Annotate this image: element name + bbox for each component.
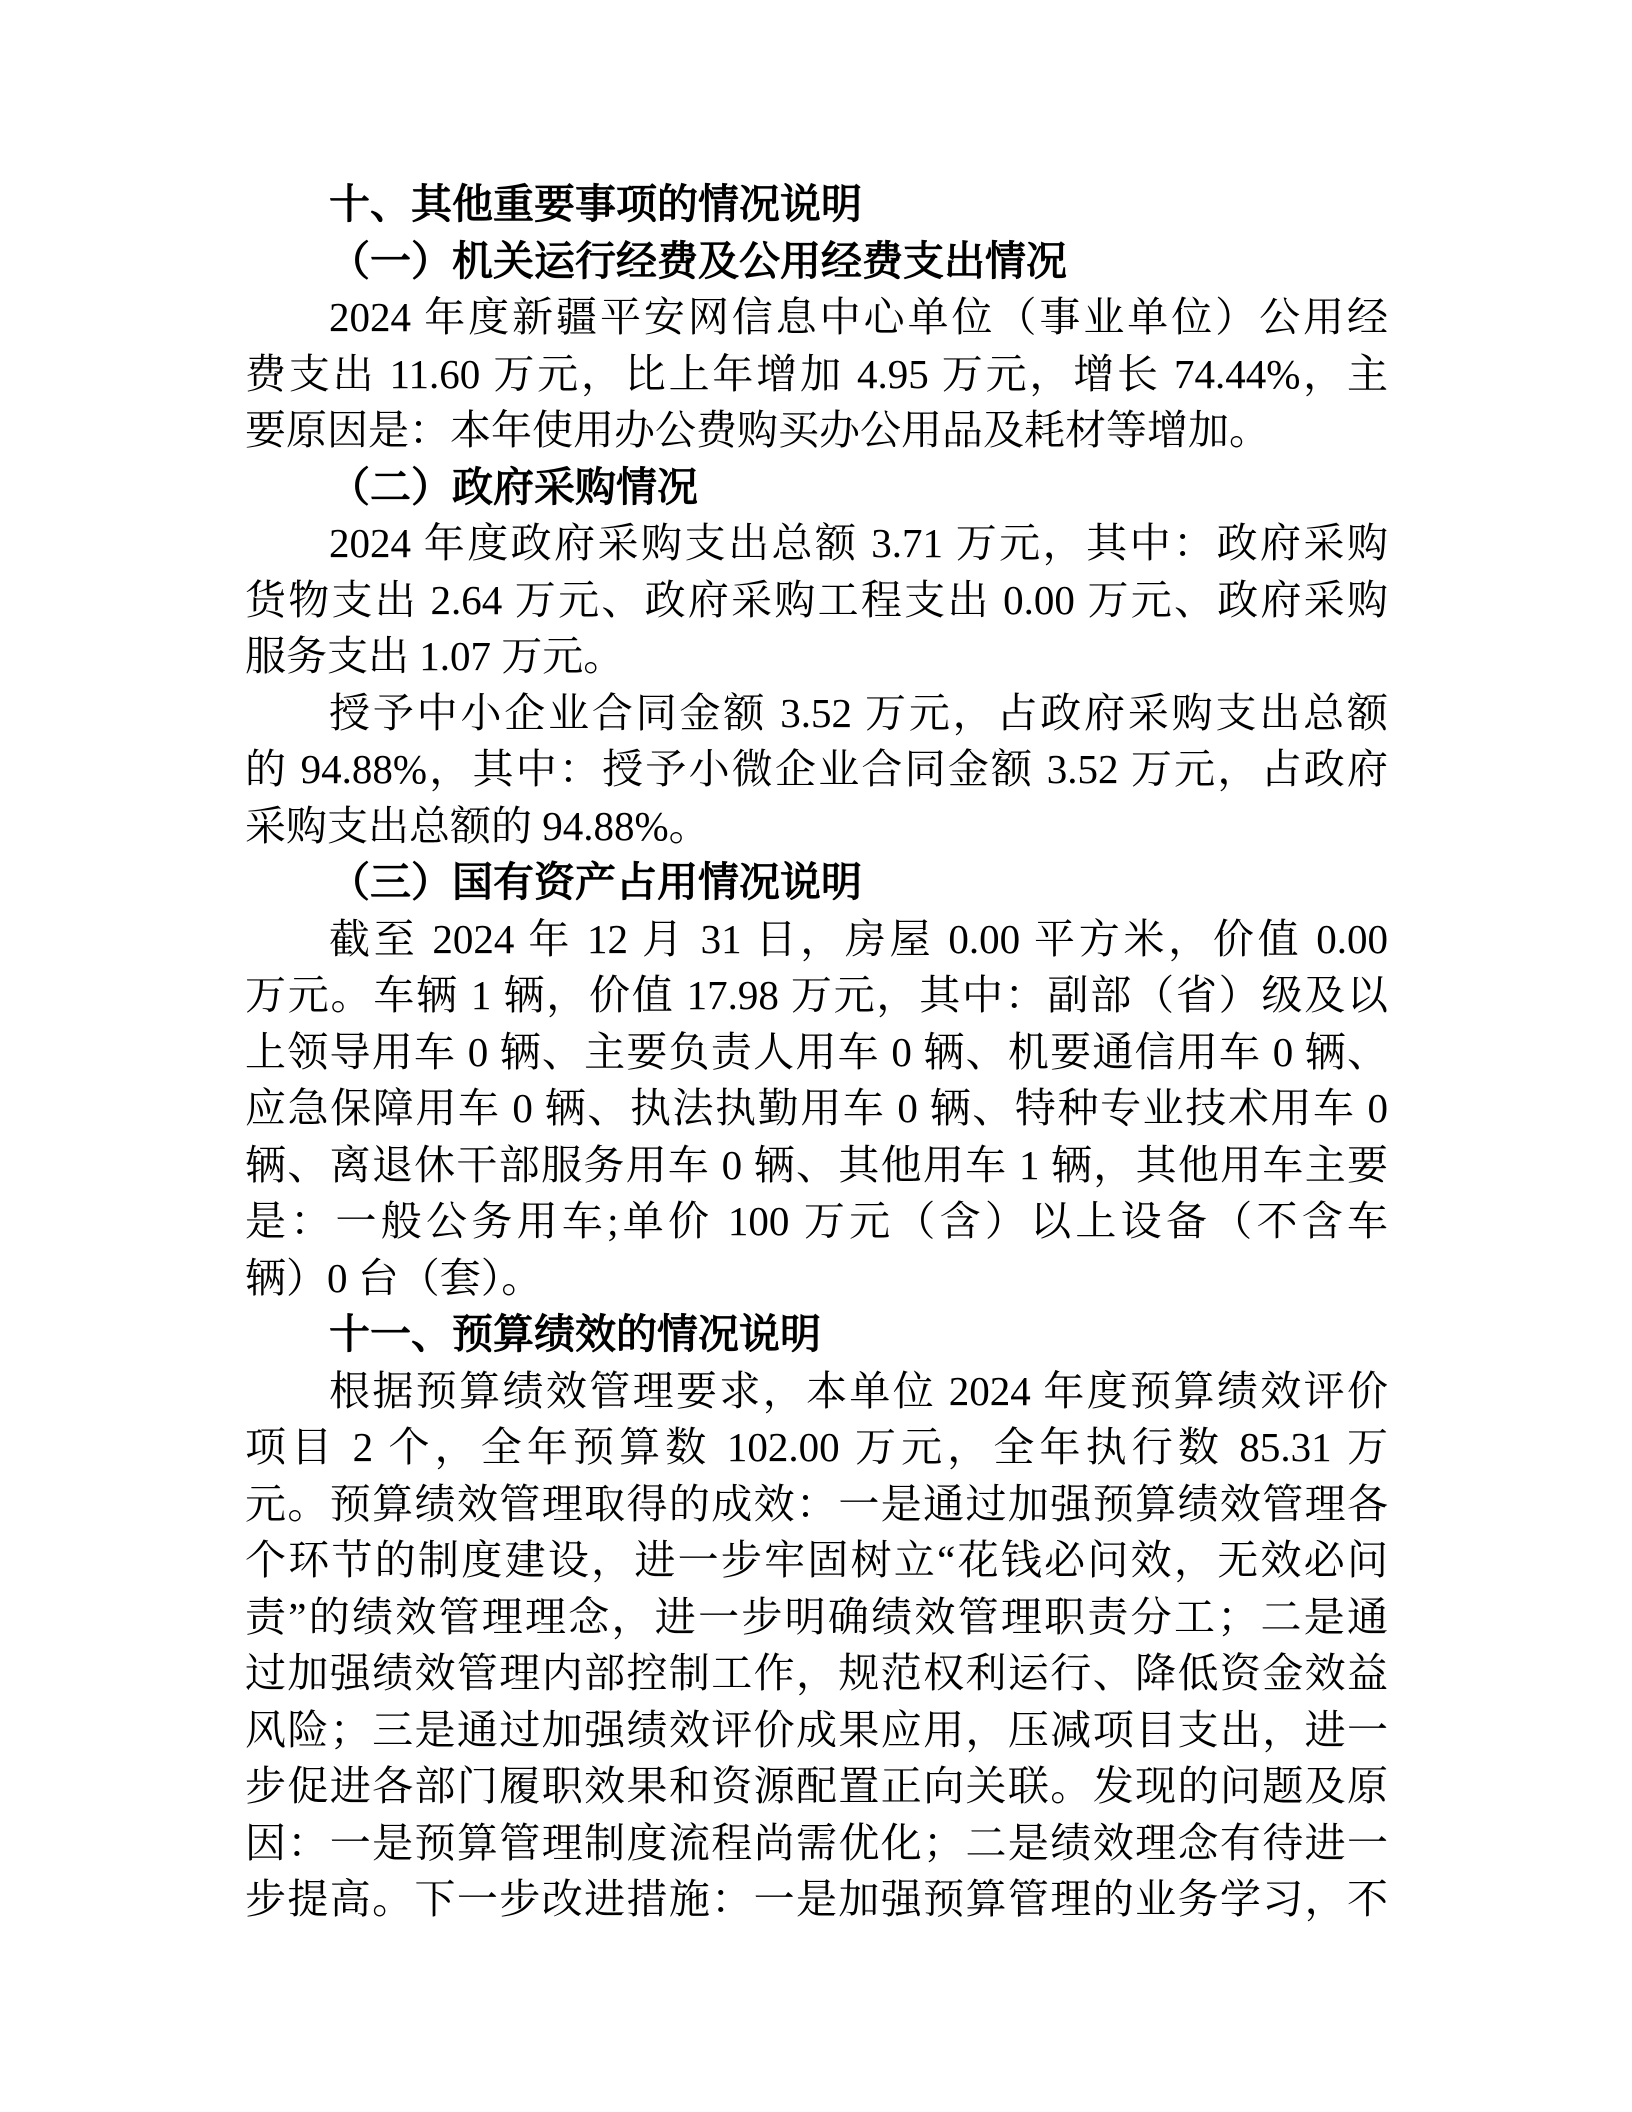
paragraph-line: 个环节的制度建设，进一步牢固树立“花钱必问效，无效必问 [245,1532,1388,1589]
paragraph-line: 2024 年度新疆平安网信息中心单位（事业单位）公用经 [245,289,1388,346]
paragraph-line: 责”的绩效管理理念，进一步明确绩效管理职责分工；二是通 [245,1589,1388,1646]
paragraph-line: 货物支出 2.64 万元、政府采购工程支出 0.00 万元、政府采购 [245,572,1388,629]
paragraph-line: 是：一般公务用车;单价 100 万元（含）以上设备（不含车 [245,1193,1388,1250]
paragraph-line: 要原因是：本年使用办公费购买办公用品及耗材等增加。 [245,402,1388,459]
section-heading: （一）机关运行经费及公用经费支出情况 [245,233,1388,290]
paragraph-line: 元。预算绩效管理取得的成效：一是通过加强预算绩效管理各 [245,1476,1388,1533]
paragraph-line: 应急保障用车 0 辆、执法执勤用车 0 辆、特种专业技术用车 0 [245,1080,1388,1137]
document-page: 十、其他重要事项的情况说明（一）机关运行经费及公用经费支出情况2024 年度新疆… [0,0,1632,2112]
paragraph-line: 采购支出总额的 94.88%。 [245,798,1388,855]
paragraph-line: 根据预算绩效管理要求，本单位 2024 年度预算绩效评价 [245,1363,1388,1420]
paragraph-line: 费支出 11.60 万元，比上年增加 4.95 万元，增长 74.44%，主 [245,346,1388,403]
section-heading: 十一、预算绩效的情况说明 [245,1306,1388,1363]
section-heading: （二）政府采购情况 [245,459,1388,516]
document-content: 十、其他重要事项的情况说明（一）机关运行经费及公用经费支出情况2024 年度新疆… [245,176,1388,1928]
paragraph-line: 步提高。下一步改进措施：一是加强预算管理的业务学习，不 [245,1871,1388,1928]
section-heading: 十、其他重要事项的情况说明 [245,176,1388,233]
paragraph-line: 步促进各部门履职效果和资源配置正向关联。发现的问题及原 [245,1758,1388,1815]
paragraph-line: 辆）0 台（套）。 [245,1250,1388,1307]
paragraph-line: 项目 2 个，全年预算数 102.00 万元，全年执行数 85.31 万 [245,1419,1388,1476]
paragraph-line: 上领导用车 0 辆、主要负责人用车 0 辆、机要通信用车 0 辆、 [245,1024,1388,1081]
paragraph-line: 万元。车辆 1 辆，价值 17.98 万元，其中：副部（省）级及以 [245,967,1388,1024]
paragraph-line: 风险；三是通过加强绩效评价成果应用，压减项目支出，进一 [245,1702,1388,1759]
section-heading: （三）国有资产占用情况说明 [245,854,1388,911]
paragraph-line: 2024 年度政府采购支出总额 3.71 万元，其中：政府采购 [245,515,1388,572]
paragraph-line: 过加强绩效管理内部控制工作，规范权利运行、降低资金效益 [245,1645,1388,1702]
paragraph-line: 的 94.88%，其中：授予小微企业合同金额 3.52 万元，占政府 [245,741,1388,798]
paragraph-line: 服务支出 1.07 万元。 [245,628,1388,685]
paragraph-line: 因：一是预算管理制度流程尚需优化；二是绩效理念有待进一 [245,1815,1388,1872]
paragraph-line: 授予中小企业合同金额 3.52 万元，占政府采购支出总额 [245,685,1388,742]
paragraph-line: 截至 2024 年 12 月 31 日，房屋 0.00 平方米，价值 0.00 [245,911,1388,968]
paragraph-line: 辆、离退休干部服务用车 0 辆、其他用车 1 辆，其他用车主要 [245,1137,1388,1194]
